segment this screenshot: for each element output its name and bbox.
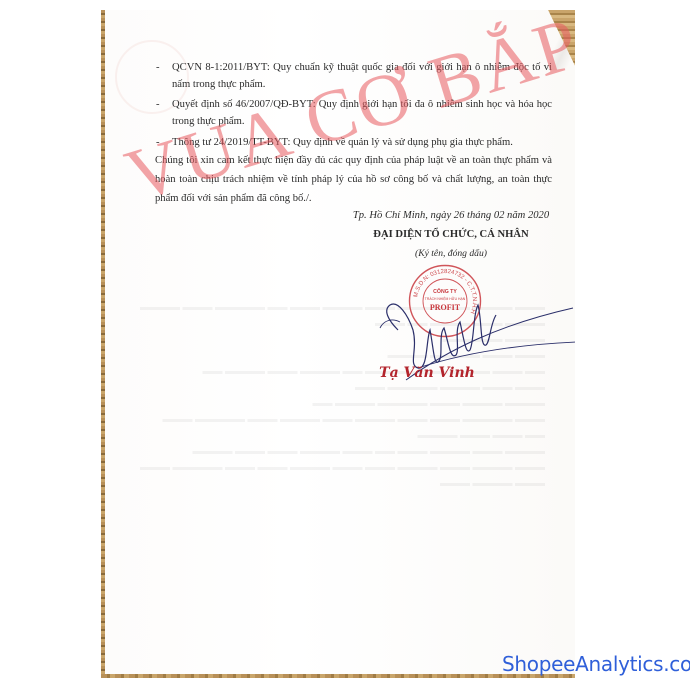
regulation-text: Thông tư 24/2019/TT-BYT: Quy định về quả…	[172, 137, 513, 148]
document-page: ▬▬▬ ▬▬▬▬ ▬▬ ▬▬▬▬▬ ▬▬▬ ▬▬▬▬ ▬▬▬ ▬▬ ▬▬▬▬▬ …	[105, 10, 575, 674]
bullet-dash: -	[156, 59, 160, 76]
table-edge-left	[101, 10, 105, 678]
regulation-item: - Quyết định số 46/2007/QĐ-BYT: Quy định…	[172, 96, 552, 130]
bullet-dash: -	[156, 134, 160, 151]
place-and-date: Tp. Hồ Chí Minh, ngày 26 tháng 02 năm 20…	[331, 210, 571, 221]
signature-note: (Ký tên, đóng dấu)	[331, 248, 571, 259]
regulation-item: - QCVN 8-1:2011/BYT: Quy chuẩn kỹ thuật …	[172, 59, 552, 93]
bullet-dash: -	[156, 96, 160, 113]
regulation-text: QCVN 8-1:2011/BYT: Quy chuẩn kỹ thuật qu…	[172, 62, 552, 90]
regulation-item: - Thông tư 24/2019/TT-BYT: Quy định về q…	[172, 134, 552, 151]
document-body: - QCVN 8-1:2011/BYT: Quy chuẩn kỹ thuật …	[105, 10, 575, 674]
site-credit-watermark: ShopeeAnalytics.com	[502, 652, 690, 676]
commitment-paragraph: Chúng tôi xin cam kết thực hiện đầy đủ c…	[155, 151, 552, 208]
regulation-text: Quyết định số 46/2007/QĐ-BYT: Quy định g…	[172, 99, 552, 127]
signer-name: Tạ Văn Vinh	[367, 365, 487, 381]
representative-title: ĐẠI DIỆN TỔ CHỨC, CÁ NHÂN	[331, 229, 571, 240]
